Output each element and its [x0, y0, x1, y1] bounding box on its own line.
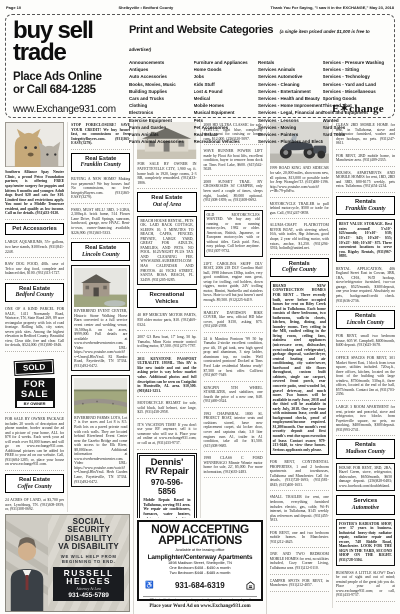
- category-item: Services - Lessons: [258, 117, 323, 124]
- masthead: Page 10 Shelbyville • Bedford County Tha…: [0, 0, 400, 13]
- classified-ad-text: FSBO, MUST SELL! 3BD, 1-1/2BA, 2,300sq.f…: [71, 208, 130, 235]
- section-subtitle: Madison County: [338, 449, 393, 456]
- classified-ad: SMALL TRAILER for rent, one bedroom, eve…: [270, 494, 329, 526]
- section-title: Real Estate: [139, 195, 194, 202]
- section-subtitle: Franklin County: [338, 206, 393, 213]
- category-item: Medical: [194, 95, 259, 102]
- classified-ad: ALUMA-CRAFT FLATBOTTOM RIVER BOAT, with …: [270, 222, 329, 254]
- section-header: Real EstateOut of Area: [137, 192, 196, 211]
- classifieds-column-3: FOR SALE BY OWNER IN FAYETTEVILLE CITY, …: [137, 122, 196, 518]
- classified-ad: FOR RENT, CONTINENTAL PROPERTIES, 1 and …: [270, 459, 329, 491]
- masthead-slogan: Thank You For Saying, "I saw it in the E…: [271, 5, 394, 10]
- category-item: Pets: [194, 117, 259, 124]
- section-header: RentalsMadison County: [336, 439, 395, 458]
- lamp-rate-2br: Two Bedroom $448 - $485 a month: [143, 571, 256, 576]
- section-title: Rentals: [272, 261, 327, 268]
- edition-label: Shelbyville • Bedford County: [118, 5, 173, 10]
- classified-ad-text: BRAND NEW CONSTRUCTION HOMES FOR RENT – …: [273, 284, 326, 452]
- russell-name-box: RUSSELL HEDGES Attorney At Law 931-455-5…: [53, 567, 124, 602]
- classifieds-column-1: Southern Alliance Spay Neuter Clinic, a …: [5, 122, 64, 512]
- classified-ad: FOR SALE BY OWNER PACKAGE includes 20 wo…: [5, 416, 64, 471]
- category-item: Pet Accessories: [194, 124, 259, 131]
- section-header: RecreationalVehicles: [137, 289, 196, 308]
- field-photo: [74, 378, 127, 413]
- russell-phone: 931-455-5789: [54, 592, 123, 599]
- classified-ad-text: STOP FORECLOSURE! SAVE YOUR CREDIT! We b…: [71, 123, 130, 146]
- classified-ad: RIVERBEND EVENT CENTER, Historic Stone W…: [71, 265, 130, 371]
- category-item: Services - Legal, Financial and Tax: [258, 109, 323, 116]
- classified-ad-text: RAW DOG FOOD, 40lb. case of Tefco raw do…: [5, 262, 64, 276]
- classified-ad: HOUSES, APARTMENTS AND MOBILE HOMES for …: [336, 170, 395, 193]
- classified-ad-text: RIVERBEND FARMS LOTS, Lot 7 is five acre…: [74, 416, 127, 484]
- section-subtitle: Vehicles: [139, 299, 194, 306]
- classified-ad-text: LARGE 3 ROOM APARTMENT for rent, private…: [336, 405, 395, 432]
- classified-ad: 2007 G3 Bass boat, 17' long, 50 hp. Yama…: [137, 334, 196, 353]
- classified-ad: MOTORCYCLE TRAILER to pull behind motorc…: [270, 201, 329, 220]
- category-item: Services Animals: [258, 66, 323, 73]
- section-title: Rentals: [338, 199, 393, 206]
- classified-ad: OFFICE SPACES FOR RENT, 301 Market Stree…: [336, 355, 395, 401]
- category-item: Announcements: [129, 59, 194, 66]
- column-pair-1: Southern Alliance Spay Neuter Clinic, a …: [5, 122, 130, 614]
- classified-ad: LARGE AQUARIUMS, 55+ gallons, two have s…: [5, 239, 64, 258]
- section-header: RentalsFranklin County: [336, 196, 395, 215]
- category-item: Rentals: [258, 59, 323, 66]
- category-item: Services - Entertainment: [258, 88, 323, 95]
- section-title: Rentals: [338, 313, 393, 320]
- category-item: Clothing: [129, 102, 194, 109]
- dennis-body: Mobile Repair. Based in Tullahoma, servi…: [142, 498, 191, 518]
- classified-ad: LARGE 3 ROOM APARTMENT for rent, private…: [336, 404, 395, 436]
- category-item: Antiques: [129, 66, 194, 73]
- classified-ad-text: HOUSE FOR RENT, 3BD, 2BA, Hazel Green, s…: [339, 466, 392, 489]
- section-title: Recreational: [139, 292, 194, 299]
- classified-ad: BRAND NEW CONSTRUCTION HOMES FOR RENT – …: [270, 281, 329, 455]
- classified-ad-text: RENTAL APPLICATION, 406 England Street E…: [336, 267, 395, 303]
- classified-ad-text: HARLEY DAVIDSON BIKE COVER, like new, of…: [204, 311, 263, 329]
- classified-ad: 2011 KEYSTONE PASSPORT ULTRALITE 195ML. …: [137, 356, 196, 397]
- equal-housing-icon: [246, 577, 255, 595]
- classified-ad-text: KINGPIN 5TH WHEEL STABILIZER, used stabi…: [204, 386, 263, 404]
- dennis-rv-repair-ad: Dennis'RV Repair970-596-5856Mobile Repai…: [137, 453, 196, 518]
- buy-sell-trade-headline: buy sell trade: [13, 20, 127, 64]
- classified-ad: 1999 ROAD KING AND SIDECAR for sale, 20,…: [270, 165, 329, 197]
- russell-name-2: HEDGES: [54, 577, 123, 586]
- section-header: RentalsLincoln County: [336, 310, 395, 329]
- category-item: Jobs: [194, 73, 259, 80]
- classified-ad: STOP FORECLOSURE! SAVE YOUR CREDIT! We b…: [71, 122, 130, 150]
- classified-ad-text: BEACH HOUSE RENTAL, PETS OK. LAID BACK C…: [140, 219, 193, 283]
- category-item: Building Supplies: [129, 88, 194, 95]
- classified-ad-text: ONE AND TWO BEDROOM MOBILE HOMES for ren…: [270, 552, 329, 570]
- classified-ad: MOTORCYCLE HELMET for sale, solid black,…: [137, 400, 196, 419]
- section-subtitle: Bedford County: [7, 292, 62, 299]
- category-item: Services - Sitting: [323, 66, 388, 73]
- classified-ad: BEACH HOUSE RENTAL, PETS OK. LAID BACK C…: [137, 216, 196, 286]
- category-item: Furniture and Appliances: [194, 59, 259, 66]
- classified-ad-text: FOR RENT, 2BD mobile home, in Manchester…: [336, 154, 395, 163]
- classified-ad-text: FOR RENT, one and two bedroom mobile hom…: [270, 531, 329, 545]
- category-item: Services - Miscellaneous: [323, 88, 388, 95]
- classified-ad: FOR RENT, small two bedroom house, 605 W…: [336, 333, 395, 352]
- classified-ad: 21FT. CAROLINA SKIFF DLV BOAT, 2006 218 …: [204, 261, 263, 307]
- classified-ad-text: ONE OF A KIND PARCEL FOR SALE, 1411 Norm…: [5, 307, 64, 348]
- category-item: Services - Plumbers and Electricians: [258, 138, 323, 145]
- section-header: Real EstateBedford County: [5, 283, 64, 302]
- classified-ad-text: OFFICE SPACES FOR RENT, 301 Market Stree…: [336, 356, 395, 397]
- classified-ad: RAW DOG FOOD, 40lb. case of Tefco raw do…: [5, 261, 64, 280]
- category-item: Services - Yard and Land: [323, 81, 388, 88]
- classified-ad: RIVERBEND FARMS LOTS, Lot 7 is five acre…: [71, 375, 130, 487]
- classified-ad: FOR RENT, 2BD mobile home, in Manchester…: [336, 153, 395, 167]
- classified-ad: OLD MOTORCYCLES WANTED. We buy any old r…: [204, 210, 263, 257]
- section-subtitle: Coffee County: [7, 484, 62, 491]
- category-item: Farm Animals: [129, 131, 194, 138]
- classified-ad-text: FOR RENT, small two bedroom house, 605 W…: [336, 334, 395, 348]
- classified-ad-text: FOR SALE BY OWNER PACKAGE includes 20 wo…: [5, 417, 64, 467]
- classified-ad: 1998 CLASS C FORD WINNEBAGO Minnie Winni…: [204, 455, 263, 478]
- category-item: Lost & Found: [194, 88, 259, 95]
- promo-box: buy sell trade Place Ads Online or Call …: [5, 14, 395, 118]
- section-title: Real Estate: [7, 477, 62, 484]
- classified-ad-text: 40 HP MERCURY MOTOR PARTS, 850 older mot…: [137, 313, 196, 327]
- page-number: Page 10: [6, 5, 21, 10]
- classified-ad: ONE AND TWO BEDROOM MOBILE HOMES for ren…: [270, 551, 329, 574]
- classified-ad-text: MOTORCYCLE TRAILER to pull behind motorc…: [270, 202, 329, 216]
- exchange-logo: E✶change: [332, 102, 384, 115]
- classified-ad-text: RIVERBEND EVENT CENTER, Historic Stone W…: [74, 309, 127, 368]
- classified-ad: FSBO, MUST SELL! 3BD, 1-1/2BA, 2,300sq.f…: [71, 207, 130, 239]
- section-header: Real EstateCoffee County: [5, 474, 64, 493]
- classified-ad: HARLEY DAVIDSON BIKE COVER, like new, of…: [204, 310, 263, 333]
- classified-ad-text: 1992 CHAPARRAL 1800 SL PROJECT BOAT, int…: [204, 412, 263, 448]
- for-sale-by-owner-sign: SOLDFORSALEBY OWNER: [5, 355, 64, 413]
- classified-ad-text: 21FT. CAROLINA SKIFF DLV BOAT, 2006 218 …: [204, 262, 263, 303]
- classified-ad: BEST VALUE STORAGE. Best rates around! 5…: [336, 219, 395, 261]
- russell-ad-copy: SOCIAL SECURITY DISABILITY VA DISABILITY…: [48, 515, 129, 611]
- classified-ad-text: 2008 SUNSET TRAIL BY CROSSROADS 36' CAMP…: [204, 180, 263, 203]
- category-list: Furniture and AppliancesHome GoodsJobsKi…: [194, 59, 259, 145]
- classified-ad: FOR SALE BY OWNER IN FAYETTEVILLE CITY, …: [137, 161, 196, 189]
- section-subtitle: Coffee County: [272, 267, 327, 274]
- sign-by-owner: BY OWNER: [17, 401, 53, 407]
- cta-line1: Place Ads Online: [13, 71, 127, 83]
- section-header: Real EstateLincoln County: [71, 242, 130, 261]
- classified-ad: BUYING A NEW HOME? Making two payments? …: [71, 176, 130, 204]
- section-title: Real Estate: [73, 245, 128, 252]
- classified-ad-text: OLD MOTORCYCLES WANTED. We buy any old r…: [207, 213, 260, 254]
- classified-ad: HOUSE FOR RENT, 3BD, 2BA, Hazel Green, s…: [336, 463, 395, 492]
- classified-ad: Southern Alliance Spay Neuter Clinic, a …: [5, 169, 64, 219]
- category-item: Cars and Trucks: [129, 95, 194, 102]
- wheelchair-icon: ♿: [145, 582, 154, 589]
- russell-title-1: SOCIAL SECURITY: [51, 518, 126, 535]
- category-list: AnnouncementsAntiquesAuto AccessoriesBoo…: [129, 59, 194, 145]
- classified-ad-text: BUSINESS A LITTLE SLOW? Don't be out of …: [336, 571, 395, 598]
- classifieds-column-2: STOP FORECLOSURE! SAVE YOUR CREDIT! We b…: [67, 122, 130, 512]
- classified-ad: FOR RENT, one and two bedroom mobile hom…: [270, 530, 329, 549]
- classified-ad-text: ALUMA-CRAFT FLATBOTTOM RIVER BOAT, with …: [270, 223, 329, 250]
- classified-ad: 2008 SUNSET TRAIL BY CROSSROADS 36' CAMP…: [204, 179, 263, 207]
- lamp-phone-row: ♿ 931-684-6319: [143, 577, 256, 595]
- classified-ad-text: MOTORCYCLE HELMET for sale, solid black,…: [137, 401, 196, 415]
- classified-ad-text: FOR SALE BY OWNER IN FAYETTEVILLE CITY, …: [137, 162, 196, 185]
- classified-ad: 1992 CHAPARRAL 1800 SL PROJECT BOAT, int…: [204, 411, 263, 452]
- classified-ad-text: BEST VALUE STORAGE. Best rates around! 5…: [339, 222, 392, 258]
- classified-ad-text: WAVE RUNNER POWER LIFT made by Float Air…: [204, 149, 263, 172]
- classified-ad: ONE OF A KIND PARCEL FOR SALE, 1411 Norm…: [5, 306, 64, 352]
- classified-ad-text: 24 ACRES OF LAND, at $3,700 per acre, Ly…: [5, 498, 64, 512]
- section-header: RentalsCoffee County: [270, 258, 329, 277]
- promo-left: buy sell trade Place Ads Online or Call …: [13, 20, 127, 115]
- headline-line2: trade: [13, 42, 127, 64]
- classifieds-column-5: 1999 ROAD KING AND SIDECAR for sale, 20,…: [270, 122, 329, 608]
- classified-ad-text: Southern Alliance Spay Neuter Clinic, a …: [5, 170, 64, 215]
- classified-ad-text: SMALL TRAILER for rent, one bedroom, eve…: [270, 495, 329, 522]
- classified-ad: RENTAL APPLICATION, 406 England Street E…: [336, 266, 395, 307]
- section-subtitle: Out of Area: [139, 202, 194, 209]
- section-header: Real EstateFranklin County: [71, 153, 130, 172]
- classified-ad: IT'S VACATION TIME! If you don't use you…: [137, 422, 196, 450]
- classified-ad: 40 HP MERCURY MOTOR PARTS, 850 older mot…: [137, 312, 196, 331]
- dogcat-photo: [5, 122, 64, 167]
- column-pair-3: 1999 ROAD KING AND SIDECAR for sale, 20,…: [266, 122, 395, 614]
- classified-ad-text: FOSTER'S RADIATOR SHOP, over 37 years in…: [339, 522, 392, 563]
- category-list: RentalsServices AnimalsServices Automoti…: [258, 59, 323, 145]
- classifieds-column-6: CLEAN 2BD MOBILE HOME for rent, in Tulla…: [332, 122, 395, 608]
- attorney-photo: [6, 515, 48, 611]
- russell-title-3: VA DISABILITY: [51, 543, 126, 551]
- category-item: Services - Painters: [258, 131, 323, 138]
- section-title: Services: [338, 498, 393, 505]
- categories-panel: Print and Website Categories (a single i…: [127, 20, 387, 115]
- classified-ad-text: 1999 ROAD KING AND SIDECAR for sale, 20,…: [270, 166, 329, 193]
- classified-ad-text: BUYING A NEW HOME? Making two payments? …: [71, 177, 130, 200]
- category-item: Services - Moving: [258, 124, 323, 131]
- classified-ad-text: FOR RENT, CONTINENTAL PROPERTIES, 1 and …: [270, 460, 329, 487]
- section-title: Pet Accessories: [7, 226, 62, 233]
- section-subtitle: Lincoln County: [338, 320, 393, 327]
- category-item: Services - Home Improvement: [258, 102, 323, 109]
- classified-ad: KINGPIN 5TH WHEEL STABILIZER, used stabi…: [204, 385, 263, 408]
- russell-hedges-ad: SOCIAL SECURITY DISABILITY VA DISABILITY…: [5, 514, 130, 612]
- lamp-phone: 931-684-6319: [175, 581, 225, 590]
- place-ads-cta: Place Ads Online or Call 684-1285: [13, 71, 127, 96]
- category-item: Services - Health and Beauty: [258, 95, 323, 102]
- section-subtitle: Lincoln County: [73, 252, 128, 259]
- website-url: www.Exchange931.com: [13, 104, 127, 115]
- classified-ad: CAMPER SPOTS FOR RENT, in Manchester. (9…: [270, 578, 329, 592]
- classifieds-area: Southern Alliance Spay Neuter Clinic, a …: [0, 122, 400, 614]
- section-subtitle: Franklin County: [73, 162, 128, 169]
- classified-ad-text: LARGE AQUARIUMS, 55+ gallons, two have s…: [5, 240, 64, 254]
- classified-ad-text: 24 ft Manitou Pontoon '99 50 hp Yamaha 2…: [204, 337, 263, 378]
- classified-ad: BUSINESS A LITTLE SLOW? Don't be out of …: [336, 570, 395, 602]
- russell-tagline: WE WILL HELP FROM BEGINNING TO END.: [51, 554, 126, 564]
- lamp-subtitle: Available at the leasing office: [143, 548, 256, 552]
- category-item: Recreational Vehicles: [194, 138, 259, 145]
- sold-banner: SOLD: [15, 360, 54, 375]
- sign-line: SALE: [17, 390, 53, 400]
- category-item: Yard Sales: [323, 124, 388, 131]
- section-header: ServicesAutomotive: [336, 495, 395, 514]
- category-item: Services - Technology: [323, 73, 388, 80]
- newspaper-page: Page 10 Shelbyville • Bedford County Tha…: [0, 0, 400, 614]
- section-title: Real Estate: [73, 156, 128, 163]
- dennis-phone: 970-596-5856: [142, 478, 191, 496]
- category-item: Books, Movies, Music: [129, 81, 194, 88]
- category-item: Services Automotive: [258, 73, 323, 80]
- sign-board: FORSALEBY OWNER: [15, 378, 55, 408]
- classified-ad: WAVE RUNNER POWER LIFT made by Float Air…: [204, 148, 263, 176]
- classified-ad: FOSTER'S RADIATOR SHOP, over 37 years in…: [336, 519, 395, 566]
- lamp-title-2: APPLICATIONS: [143, 535, 256, 546]
- category-item: Services - Cleaning: [258, 81, 323, 88]
- section-title: Real Estate: [7, 286, 62, 293]
- section-subtitle: Automotive: [338, 505, 393, 512]
- category-item: Electronics: [129, 109, 194, 116]
- classified-ad-text: 2007 G3 Bass boat, 17' long, 50 hp. Yama…: [137, 335, 196, 349]
- classified-ad: 24 ft Manitou Pontoon '99 50 hp Yamaha 2…: [204, 336, 263, 382]
- classified-ad-text: 1998 CLASS C FORD WINNEBAGO Minnie Winni…: [204, 456, 263, 474]
- lamplighter-ad: NOW ACCEPTING APPLICATIONS Available at …: [137, 520, 262, 601]
- column-pair-2: FOR SALE BY OWNER IN FAYETTEVILLE CITY, …: [133, 122, 262, 614]
- category-item: Yard Tools: [323, 131, 388, 138]
- word-ad-footer-note: Place your Word Ad on www.Exchange931.co…: [137, 601, 262, 609]
- classified-ad-text: CAMPER SPOTS FOR RENT, in Manchester. (9…: [270, 579, 329, 588]
- classifieds-column-4: 2008 HD ULTRA CLASSIC for sale, FLHTCU, …: [200, 122, 263, 518]
- category-item: Real Estate: [194, 131, 259, 138]
- section-header: Pet Accessories: [5, 223, 64, 236]
- category-item: Musical Equipment: [194, 109, 259, 116]
- category-item: Wanted: [323, 117, 388, 124]
- category-item: Farm Animal Accessories: [129, 138, 194, 145]
- classified-ad-text: HOUSES, APARTMENTS AND MOBILE HOMES for …: [336, 171, 395, 189]
- category-item: Kids Stuff: [194, 81, 259, 88]
- dennis-title: RV Repair: [142, 467, 191, 477]
- classified-ad-text: IT'S VACATION TIME! If you don't use you…: [137, 423, 196, 446]
- classified-ad: 24 ACRES OF LAND, at $3,700 per acre, Ly…: [5, 497, 64, 512]
- classified-ad-text: 2011 KEYSTONE PASSPORT ULTRALITE 195ML. …: [137, 357, 196, 393]
- category-item: Auto Accessories: [129, 73, 194, 80]
- russell-role: Attorney At Law: [54, 587, 123, 591]
- category-item: Home Goods: [194, 66, 259, 73]
- category-item: Mobile Homes: [194, 102, 259, 109]
- barn-photo: [74, 268, 127, 307]
- section-title: Rentals: [338, 442, 393, 449]
- category-item: Exercise Equipment: [129, 117, 194, 124]
- category-item: Services - Pressure Washing: [323, 59, 388, 66]
- call-cta: or Call 684-1285: [13, 84, 127, 96]
- categories-title: Print and Website Categories: [129, 24, 273, 36]
- category-item: Farm and Garden: [129, 124, 194, 131]
